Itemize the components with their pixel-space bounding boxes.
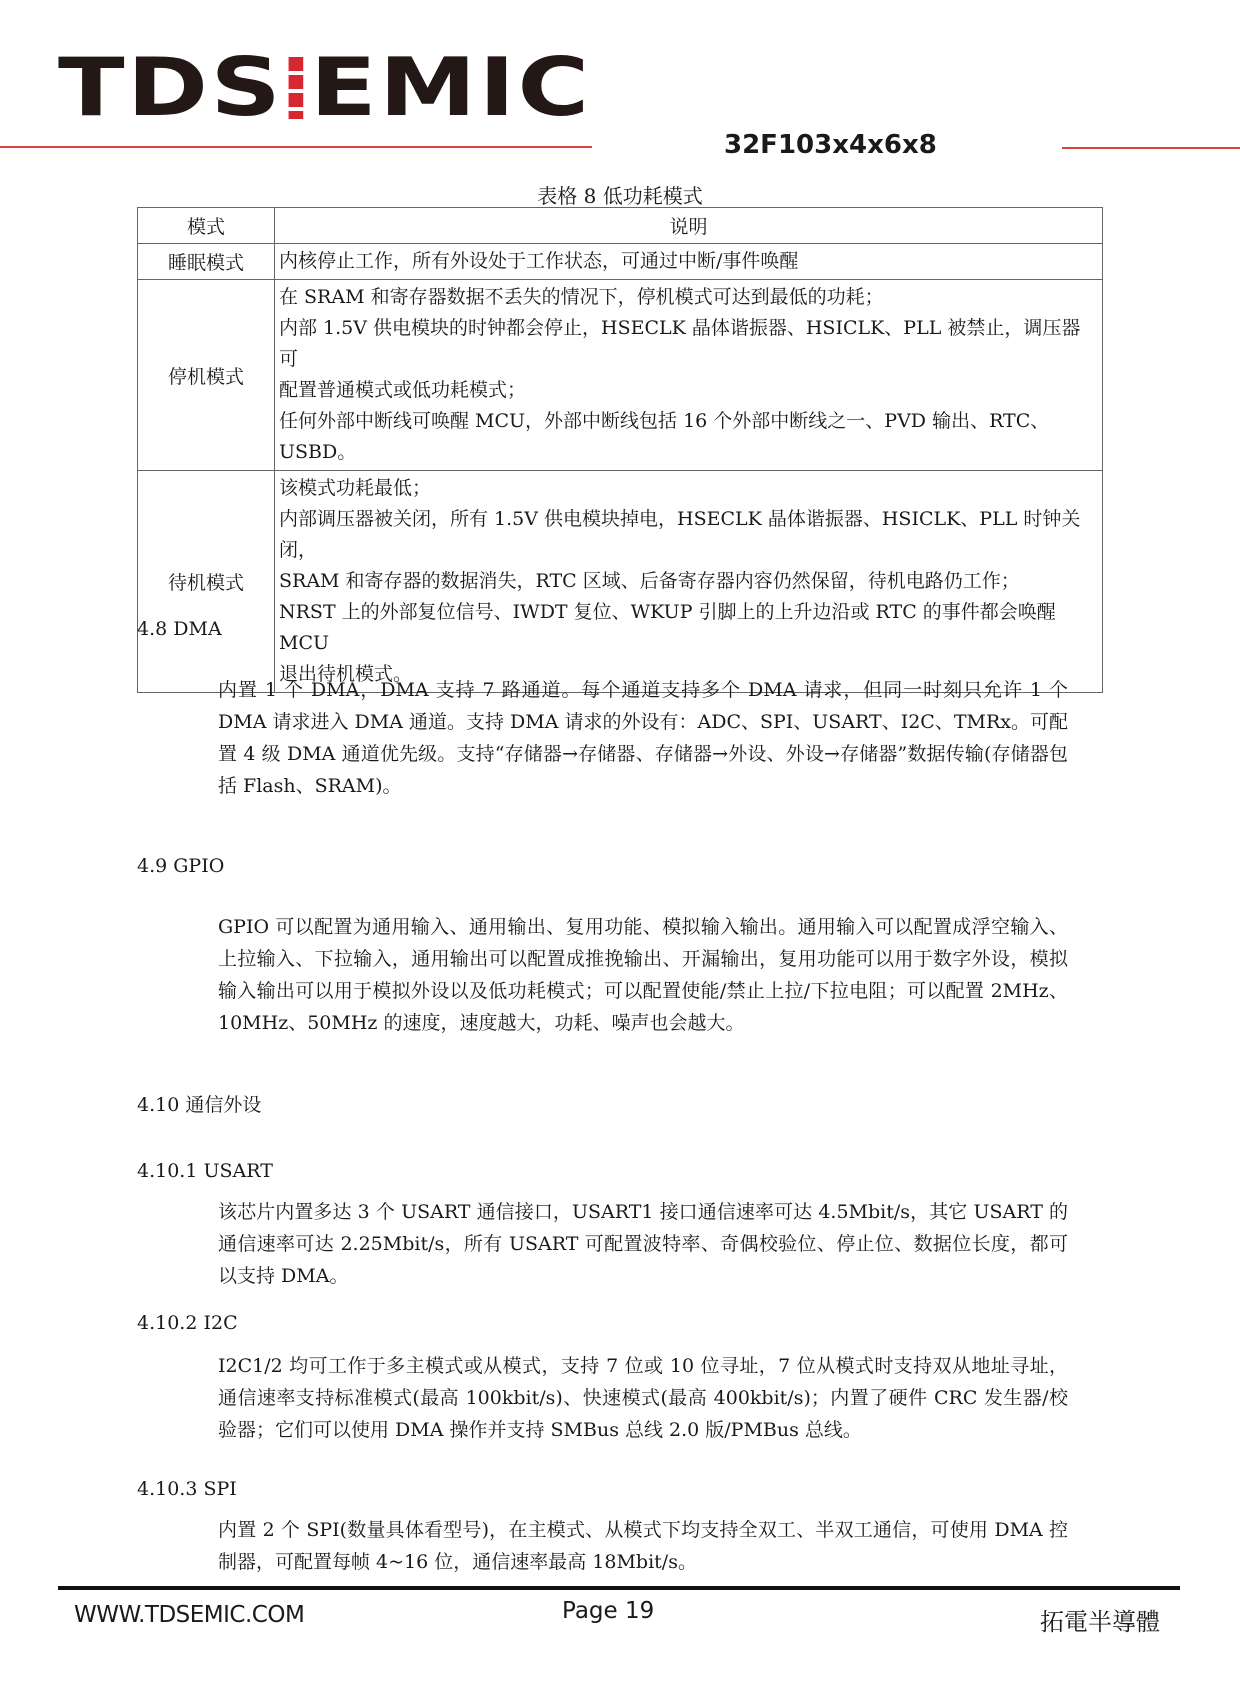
mode-name: 停机模式 <box>138 280 275 471</box>
table-row: 停机模式 在 SRAM 和寄存器数据不丢失的情况下，停机模式可达到最低的功耗； … <box>138 280 1103 471</box>
header-divider-left <box>0 146 592 148</box>
section-text-dma: 内置 1 个 DMA，DMA 支持 7 路通道。每个通道支持多个 DMA 请求，… <box>218 674 1068 802</box>
section-heading-gpio: 4.9 GPIO <box>137 855 224 877</box>
logo-red-bar-icon <box>288 57 303 119</box>
section-heading-usart: 4.10.1 USART <box>137 1160 273 1182</box>
section-heading-comm: 4.10 通信外设 <box>137 1090 261 1117</box>
section-text-i2c: I2C1/2 均可工作于多主模式或从模式，支持 7 位或 10 位寻址，7 位从… <box>218 1350 1068 1446</box>
section-text-spi: 内置 2 个 SPI(数量具体看型号)，在主模式、从模式下均支持全双工、半双工通… <box>218 1514 1068 1578</box>
mode-description: 该模式功耗最低； 内部调压器被关闭，所有 1.5V 供电模块掉电，HSECLK … <box>275 471 1103 693</box>
footer-company-name: 拓電半導體 <box>1040 1602 1160 1637</box>
table-row: 睡眠模式 内核停止工作，所有外设处于工作状态，可通过中断/事件唤醒 <box>138 244 1103 280</box>
table-caption: 表格 8 低功耗模式 <box>0 180 1240 209</box>
mode-description: 内核停止工作，所有外设处于工作状态，可通过中断/事件唤醒 <box>275 244 1103 280</box>
section-text-gpio: GPIO 可以配置为通用输入、通用输出、复用功能、模拟输入输出。通用输入可以配置… <box>218 911 1068 1039</box>
section-text-usart: 该芯片内置多达 3 个 USART 通信接口，USART1 接口通信速率可达 4… <box>218 1196 1068 1292</box>
section-heading-i2c: 4.10.2 I2C <box>137 1312 238 1334</box>
logo-text-right: EMIC <box>310 55 591 121</box>
page-number: Page 19 <box>562 1598 654 1624</box>
section-heading-dma: 4.8 DMA <box>137 618 222 640</box>
description-line: 内部 1.5V 供电模块的时钟都会停止，HSECLK 晶体谐振器、HSICLK、… <box>279 313 1098 375</box>
description-line: NRST 上的外部复位信号、IWDT 复位、WKUP 引脚上的上升边沿或 RTC… <box>279 597 1098 659</box>
model-number: 32F103x4x6x8 <box>724 130 937 160</box>
footer-website: WWW.TDSEMIC.COM <box>74 1602 304 1628</box>
logo-text-left: TDS <box>58 55 283 121</box>
low-power-modes-table: 模式 说明 睡眠模式 内核停止工作，所有外设处于工作状态，可通过中断/事件唤醒 … <box>137 207 1103 693</box>
description-line: 配置普通模式或低功耗模式； <box>279 375 1098 406</box>
description-line: 该模式功耗最低； <box>279 473 1098 504</box>
mode-name: 待机模式 <box>138 471 275 693</box>
description-line: SRAM 和寄存器的数据消失，RTC 区域、后备寄存器内容仍然保留，待机电路仍工… <box>279 566 1098 597</box>
column-header-description: 说明 <box>275 208 1103 244</box>
header-divider-right <box>1062 147 1240 149</box>
footer-divider <box>58 1586 1180 1590</box>
description-line: 内部调压器被关闭，所有 1.5V 供电模块掉电，HSECLK 晶体谐振器、HSI… <box>279 504 1098 566</box>
company-logo: TDS EMIC <box>58 55 495 121</box>
section-heading-spi: 4.10.3 SPI <box>137 1478 237 1500</box>
description-line: 在 SRAM 和寄存器数据不丢失的情况下，停机模式可达到最低的功耗； <box>279 282 1098 313</box>
table-row: 待机模式 该模式功耗最低； 内部调压器被关闭，所有 1.5V 供电模块掉电，HS… <box>138 471 1103 693</box>
table-header-row: 模式 说明 <box>138 208 1103 244</box>
mode-description: 在 SRAM 和寄存器数据不丢失的情况下，停机模式可达到最低的功耗； 内部 1.… <box>275 280 1103 471</box>
column-header-mode: 模式 <box>138 208 275 244</box>
description-line: 内核停止工作，所有外设处于工作状态，可通过中断/事件唤醒 <box>279 246 1098 277</box>
mode-name: 睡眠模式 <box>138 244 275 280</box>
description-line: 任何外部中断线可唤醒 MCU，外部中断线包括 16 个外部中断线之一、PVD 输… <box>279 406 1098 468</box>
